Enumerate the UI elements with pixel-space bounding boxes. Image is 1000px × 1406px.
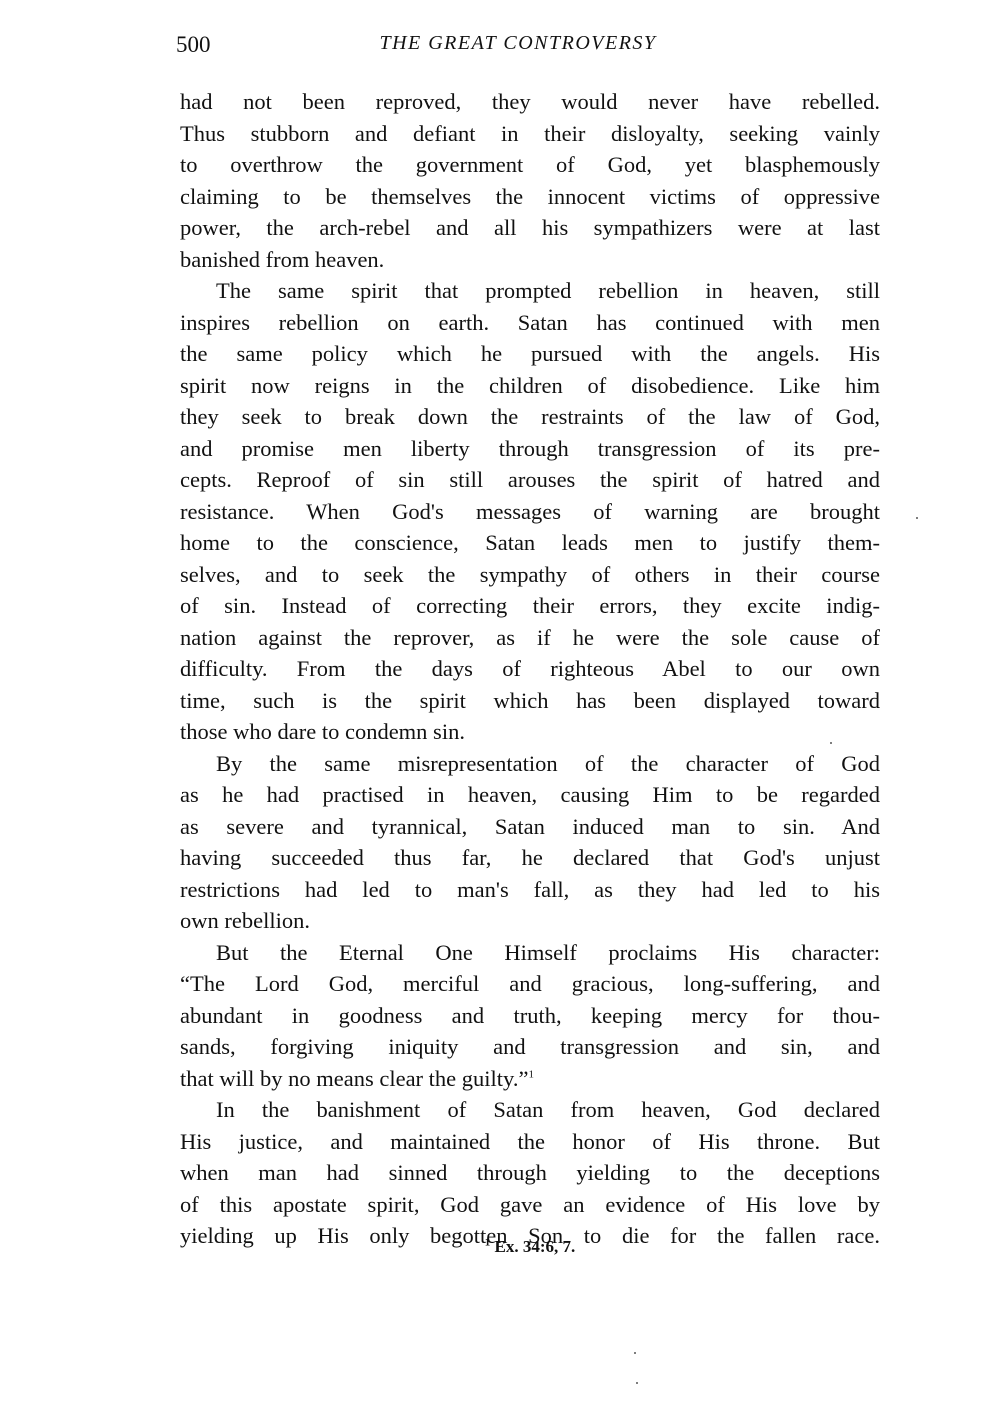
text-line: abundant in goodness and truth, keeping … <box>180 1000 880 1032</box>
footnote-marker: 1 <box>528 1068 534 1080</box>
footnote: 1 Ex. 34:6, 7. <box>0 1237 1000 1257</box>
text-line: own rebellion. <box>180 905 880 937</box>
running-title: THE GREAT CONTROVERSY <box>176 32 880 55</box>
text-line: that will by no means clear the guilty.”… <box>180 1063 880 1095</box>
paragraph: In the banishment of Satan from heaven, … <box>180 1094 880 1252</box>
text-line: restrictions had led to man's fall, as t… <box>180 874 880 906</box>
text-line: having succeeded thus far, he declared t… <box>180 842 880 874</box>
scan-speck <box>916 517 918 519</box>
text-line: and promise men liberty through transgre… <box>180 433 880 465</box>
footnote-marker: 1 <box>485 1236 491 1248</box>
scan-speck <box>830 742 832 744</box>
text-line: nation against the reprover, as if he we… <box>180 622 880 654</box>
text-line: By the same misrepresentation of the cha… <box>180 748 880 780</box>
paragraph: had not been reproved, they would never … <box>180 86 880 275</box>
paragraph: The same spirit that prompted rebellion … <box>180 275 880 748</box>
text-line-content: that will by no means clear the guilty.” <box>180 1066 528 1091</box>
text-line: banished from heaven. <box>180 244 880 276</box>
text-line: “The Lord God, merciful and gracious, lo… <box>180 968 880 1000</box>
text-line: had not been reproved, they would never … <box>180 86 880 118</box>
text-line: resistance. When God's messages of warni… <box>180 496 880 528</box>
text-line: But the Eternal One Himself proclaims Hi… <box>180 937 880 969</box>
text-line: those who dare to condemn sin. <box>180 716 880 748</box>
text-line: difficulty. From the days of righteous A… <box>180 653 880 685</box>
text-line: they seek to break down the restraints o… <box>180 401 880 433</box>
footnote-text: Ex. 34:6, 7. <box>495 1237 576 1256</box>
body-text: had not been reproved, they would never … <box>180 86 880 1252</box>
text-line: of this apostate spirit, God gave an evi… <box>180 1189 880 1221</box>
text-line: The same spirit that prompted rebellion … <box>180 275 880 307</box>
text-line: power, the arch-rebel and all his sympat… <box>180 212 880 244</box>
text-line: of sin. Instead of correcting their erro… <box>180 590 880 622</box>
paragraph: By the same misrepresentation of the cha… <box>180 748 880 937</box>
text-line: as he had practised in heaven, causing H… <box>180 779 880 811</box>
page-header: 500 THE GREAT CONTROVERSY <box>176 32 880 62</box>
text-line: cepts. Reproof of sin still arouses the … <box>180 464 880 496</box>
text-line: as severe and tyrannical, Satan induced … <box>180 811 880 843</box>
text-line: when man had sinned through yielding to … <box>180 1157 880 1189</box>
text-line: In the banishment of Satan from heaven, … <box>180 1094 880 1126</box>
text-line: selves, and to seek the sympathy of othe… <box>180 559 880 591</box>
text-line: inspires rebellion on earth. Satan has c… <box>180 307 880 339</box>
text-line: to overthrow the government of God, yet … <box>180 149 880 181</box>
scan-speck <box>636 1382 638 1384</box>
paragraph: But the Eternal One Himself proclaims Hi… <box>180 937 880 1095</box>
text-line: home to the conscience, Satan leads men … <box>180 527 880 559</box>
text-line: Thus stubborn and defiant in their dislo… <box>180 118 880 150</box>
text-line: sands, forgiving iniquity and transgress… <box>180 1031 880 1063</box>
text-line: the same policy which he pursued with th… <box>180 338 880 370</box>
text-line: His justice, and maintained the honor of… <box>180 1126 880 1158</box>
text-line: time, such is the spirit which has been … <box>180 685 880 717</box>
scan-speck <box>634 1352 636 1354</box>
text-line: spirit now reigns in the children of dis… <box>180 370 880 402</box>
text-line: claiming to be themselves the innocent v… <box>180 181 880 213</box>
